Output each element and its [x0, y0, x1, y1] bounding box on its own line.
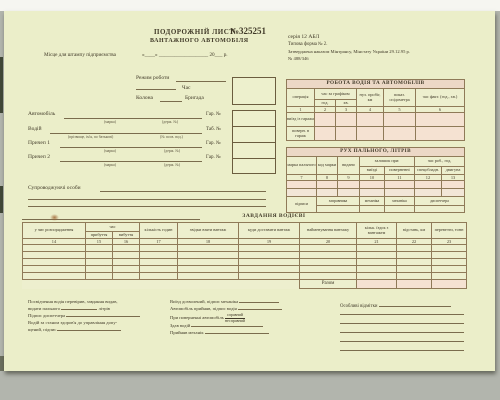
data-cell — [317, 181, 338, 189]
vehicle-line — [64, 118, 202, 119]
col-header-arrival: прибуття — [86, 232, 113, 239]
data-cell — [178, 273, 239, 280]
data-cell — [287, 189, 317, 197]
data-cell — [336, 113, 357, 127]
mechanic-signature-blank — [239, 299, 279, 303]
data-cell — [442, 181, 465, 189]
notes-line — [340, 323, 464, 324]
data-cell — [357, 113, 384, 127]
fuel-table-title-row: РУХ ПАЛЬНОГО, ЛІТРІВ — [287, 148, 465, 157]
data-cell — [113, 273, 140, 280]
notes-line — [340, 341, 464, 342]
fuel-table-title: РУХ ПАЛЬНОГО, ЛІТРІВ — [287, 148, 465, 157]
data-cell — [360, 181, 385, 189]
data-cell — [178, 266, 239, 273]
work-mode-line — [176, 81, 226, 82]
driver-license-hint: (№ посв. вод.) — [160, 135, 183, 139]
col-header-time: час — [86, 223, 140, 232]
total-label: Разом — [300, 280, 357, 289]
col-header-operation: операція — [287, 89, 315, 107]
data-cell — [86, 273, 113, 280]
col-header-hours-qty: кількість годин — [140, 223, 178, 239]
dispatcher-check-line2: видати пального літрів — [28, 306, 110, 311]
fuel-issue-line — [61, 306, 97, 310]
code-box-cell — [233, 127, 275, 143]
return-condition-label: При поверненні автомобіль — [170, 315, 224, 320]
health-check-line1: Водій за станом здоров'я до управління д… — [28, 320, 117, 325]
driver-handover-label: Здав водій — [170, 323, 190, 328]
col-header-minutes: хв. — [336, 100, 357, 107]
task-table-row — [23, 245, 467, 252]
data-cell — [23, 245, 86, 252]
work-table-title: РОБОТА ВОДІЯ ТА АВТОМОБІЛІВ — [287, 80, 465, 89]
col-header-equipment: спецобладн. — [415, 167, 442, 175]
fuel-table: РУХ ПАЛЬНОГО, ЛІТРІВ марка пального код … — [286, 147, 465, 213]
data-cell — [239, 252, 300, 259]
col-header-trips: кільк. їздок з вантажем — [357, 223, 397, 239]
total-cell — [397, 280, 432, 289]
col-header-at-return: поверненні — [385, 167, 415, 175]
special-notes-blank — [379, 303, 451, 307]
data-cell — [416, 127, 465, 141]
signatures-label: підписи — [287, 197, 317, 213]
notes-line — [340, 314, 464, 315]
data-cell — [113, 252, 140, 259]
work-table-row-departure: виїзд із гаража — [287, 113, 465, 127]
data-cell — [300, 252, 357, 259]
task-table-row — [23, 259, 467, 266]
row-label: виїзд із гаража — [287, 113, 315, 127]
data-cell — [432, 266, 467, 273]
data-cell — [338, 189, 360, 197]
return-condition-line: При поверненні автомобіль справнийнеспра… — [170, 313, 245, 323]
col-header-disposal: у чиє розпорядження — [23, 223, 86, 239]
signature-mechanic: механіка — [360, 197, 385, 206]
scan-smudge — [50, 214, 59, 221]
form-subtitle: ВАНТАЖНОГО АВТОМОБІЛЯ — [150, 38, 249, 45]
exit-allowed-line: Виїзд дозволений, підпис механіка — [170, 299, 279, 304]
task-table: у чиє розпорядження час кількість годин … — [22, 222, 467, 289]
data-cell — [442, 189, 465, 197]
data-cell — [360, 206, 385, 213]
data-cell — [300, 245, 357, 252]
data-cell — [432, 273, 467, 280]
task-table-row — [23, 273, 467, 280]
data-cell — [23, 266, 86, 273]
separator-line — [22, 219, 200, 220]
data-cell — [384, 113, 416, 127]
escort-line — [100, 191, 266, 192]
data-cell — [360, 189, 385, 197]
total-cell — [357, 280, 397, 289]
stamp-placeholder: Місце для штампу підприємства — [38, 53, 122, 59]
data-cell — [178, 252, 239, 259]
mechanic-accept-blank — [205, 330, 269, 334]
time-label: Час — [182, 85, 190, 91]
data-cell — [113, 245, 140, 252]
code-box-cell — [233, 111, 275, 127]
data-cell — [357, 259, 397, 266]
dispatcher-signature-line: Підпис диспетчера — [28, 313, 140, 318]
total-cell — [432, 280, 467, 289]
approval-label: Затверджена наказом Мінтрансу, Мінстату … — [288, 49, 410, 54]
col-header-at-departure: виїзді — [360, 167, 385, 175]
dispatcher-signature-label: Підпис диспетчера — [28, 313, 65, 318]
data-cell — [239, 259, 300, 266]
driver-label: Водій — [28, 126, 42, 132]
data-cell — [239, 266, 300, 273]
data-cell — [317, 189, 338, 197]
form-number: №325251 — [230, 27, 266, 37]
data-cell — [415, 181, 442, 189]
trailer2-label: Причеп 2 — [28, 154, 50, 160]
garage-number-label: Гар. № — [206, 155, 221, 161]
data-cell — [432, 252, 467, 259]
special-notes-line: Особливі відмітки — [340, 303, 451, 309]
scan-edge-mark — [0, 57, 3, 113]
data-cell — [384, 127, 416, 141]
data-cell — [357, 245, 397, 252]
column-label: Колона — [136, 95, 153, 101]
data-cell — [113, 266, 140, 273]
code-box-cell — [233, 159, 275, 173]
data-cell — [23, 273, 86, 280]
date-line: «____» ___________________ 20___ р. — [142, 53, 228, 59]
mechanic-accept-label: Прийняв механік — [170, 330, 204, 335]
brigade-label: Бригада — [185, 95, 204, 101]
code-box — [232, 77, 276, 105]
health-signature-label: щений, підпис — [28, 327, 56, 332]
work-table: РОБОТА ВОДІЯ ТА АВТОМОБІЛІВ операція час… — [286, 79, 465, 141]
dispatcher-signature-blank — [66, 313, 140, 317]
data-cell — [357, 273, 397, 280]
data-cell — [239, 245, 300, 252]
data-cell — [415, 189, 442, 197]
escort-label: Супроводжуючі особи — [28, 185, 81, 191]
data-cell — [338, 181, 360, 189]
driver-name-hint: (прізвище, ім'я, по батькові) — [68, 135, 113, 139]
data-cell — [86, 252, 113, 259]
signature-fueler: заправника — [317, 197, 360, 206]
data-cell — [315, 127, 336, 141]
col-header-engine: двигуна — [442, 167, 465, 175]
task-table-row — [23, 252, 467, 259]
col-header-cargo-from: звідки взяти вантаж — [178, 223, 239, 239]
health-check-line2: щений, підпис — [28, 327, 121, 332]
dispatcher-check-line1: Посвідчення водія перевірив, завдання ви… — [28, 299, 118, 304]
data-cell — [397, 266, 432, 273]
data-cell — [140, 259, 178, 266]
fuel-table-header-row: марка пального код марки видано залишок … — [287, 157, 465, 167]
col-header-tons: перевезти, тонн — [432, 223, 467, 239]
escort-line — [28, 206, 266, 207]
notes-line — [340, 332, 464, 333]
code-box-grid — [232, 110, 276, 174]
data-cell — [140, 273, 178, 280]
work-table-title-row: РОБОТА ВОДІЯ ТА АВТОМОБІЛІВ — [287, 80, 465, 89]
col-header-zero-run: нул. пробіг, км — [357, 89, 384, 107]
series-label: серія 12 АБЛ — [288, 34, 319, 40]
task-table-title: ЗАВДАННЯ ВОДІЄВІ — [204, 213, 344, 219]
trailer2-brand-hint: (марка) — [104, 163, 116, 167]
liters-label: літрів — [99, 306, 110, 311]
data-cell — [140, 266, 178, 273]
driver-line — [50, 133, 202, 134]
work-table-header-row: операція час за графіком нул. пробіг, км… — [287, 89, 465, 100]
row-label: поверн. в гараж — [287, 127, 315, 141]
data-cell — [432, 245, 467, 252]
data-cell — [23, 259, 86, 266]
fuel-issue-label: видати пального — [28, 306, 60, 311]
col-header-departure: вибуття — [113, 232, 140, 239]
mechanic-accept-line: Прийняв механік — [170, 330, 269, 335]
notes-line — [340, 350, 464, 351]
waybill-form: Місце для штампу підприємства ПОДОРОЖНІЙ… — [4, 11, 495, 371]
col-header-speedometer: показ. спідометра — [384, 89, 416, 107]
data-cell — [140, 245, 178, 252]
trailer2-line — [60, 161, 202, 162]
data-cell — [357, 252, 397, 259]
column-line — [160, 101, 182, 102]
task-table-total-row: Разом — [23, 280, 467, 289]
condition-options: справнийнесправний — [225, 313, 245, 323]
vehicle-accepted-line: Автомобіль прийняв, підпис водія — [170, 306, 282, 311]
col-header-cargo-to: куди доставити вантаж — [239, 223, 300, 239]
driver-handover-line: Здав водій — [170, 323, 263, 328]
data-cell — [113, 259, 140, 266]
data-cell — [397, 273, 432, 280]
data-cell — [23, 252, 86, 259]
data-cell — [357, 266, 397, 273]
work-mode-label: Режим роботи — [136, 75, 169, 81]
data-cell — [397, 252, 432, 259]
data-cell — [86, 245, 113, 252]
vehicle-label: Автомобіль — [28, 111, 55, 117]
data-cell — [300, 266, 357, 273]
work-table-row-return: поверн. в гараж — [287, 127, 465, 141]
tab-number-label: Таб. № — [206, 127, 221, 133]
health-signature-blank — [57, 327, 121, 331]
col-header-cargo-name: найменування вантажу — [300, 223, 357, 239]
trailer2-state-number-hint: (держ. №) — [164, 163, 180, 167]
scan-edge-mark — [0, 186, 3, 213]
col-header-remainder: залишок при: — [360, 157, 415, 167]
vehicle-accepted-label: Автомобіль прийняв, підпис водія — [170, 306, 237, 311]
data-cell — [336, 127, 357, 141]
garage-number-label: Гар. № — [206, 112, 221, 118]
vehicle-brand-hint: (марка) — [104, 120, 116, 124]
fuel-table-signature-row: підписи заправника механіка механіка дис… — [287, 197, 465, 206]
data-cell — [385, 181, 415, 189]
data-cell — [178, 259, 239, 266]
trailer1-state-number-hint: (держ. №) — [164, 149, 180, 153]
col-header-fuel-brand: марка пального — [287, 157, 317, 175]
data-cell — [415, 206, 465, 213]
vehicle-state-number-hint: (держ. №) — [162, 120, 178, 124]
trailer1-label: Причеп 1 — [28, 140, 50, 146]
data-cell — [416, 113, 465, 127]
form-title: ПОДОРОЖНІЙ ЛИСТ — [154, 29, 234, 37]
form-type-label: Типова форма № 2. — [288, 42, 327, 47]
col-header-work-time: час роб., год. — [415, 157, 465, 167]
driver-signature-blank — [238, 306, 282, 310]
total-row-filler — [23, 280, 300, 289]
data-cell — [432, 259, 467, 266]
code-box-cell — [233, 143, 275, 159]
schedule-line — [136, 89, 176, 90]
data-cell — [397, 259, 432, 266]
data-cell — [357, 127, 384, 141]
data-cell — [385, 189, 415, 197]
data-cell — [300, 259, 357, 266]
data-cell — [317, 206, 360, 213]
special-notes-label: Особливі відмітки — [340, 304, 377, 309]
col-header-issued: видано — [338, 157, 360, 175]
data-cell — [385, 206, 415, 213]
col-header-hours: год. — [315, 100, 336, 107]
fuel-table-data-row — [287, 181, 465, 189]
garage-number-label: Гар. № — [206, 141, 221, 147]
signature-mechanic: механіка — [385, 197, 415, 206]
data-cell — [300, 273, 357, 280]
driver-handover-blank — [191, 323, 263, 327]
col-header-actual-time: час факт. (год., хв.) — [416, 89, 465, 107]
scan-top-margin — [0, 0, 500, 11]
col-header-brand-code: код марки — [317, 157, 338, 175]
data-cell — [178, 245, 239, 252]
data-cell — [86, 259, 113, 266]
signature-dispatcher: диспетчера — [415, 197, 465, 206]
col-header-distance: відстань, км — [397, 223, 432, 239]
data-cell — [397, 245, 432, 252]
approval-number: № 488/346 — [288, 56, 309, 61]
exit-allowed-label: Виїзд дозволений, підпис механіка — [170, 299, 238, 304]
task-table-row — [23, 266, 467, 273]
data-cell — [86, 266, 113, 273]
fuel-table-data-row — [287, 189, 465, 197]
data-cell — [140, 252, 178, 259]
trailer1-line — [60, 147, 202, 148]
col-header-sched-time: час за графіком — [315, 89, 357, 100]
escort-line — [28, 199, 266, 200]
data-cell — [239, 273, 300, 280]
data-cell — [287, 181, 317, 189]
trailer1-brand-hint: (марка) — [104, 149, 116, 153]
task-table-header-row: у чиє розпорядження час кількість годин … — [23, 223, 467, 232]
data-cell — [315, 113, 336, 127]
